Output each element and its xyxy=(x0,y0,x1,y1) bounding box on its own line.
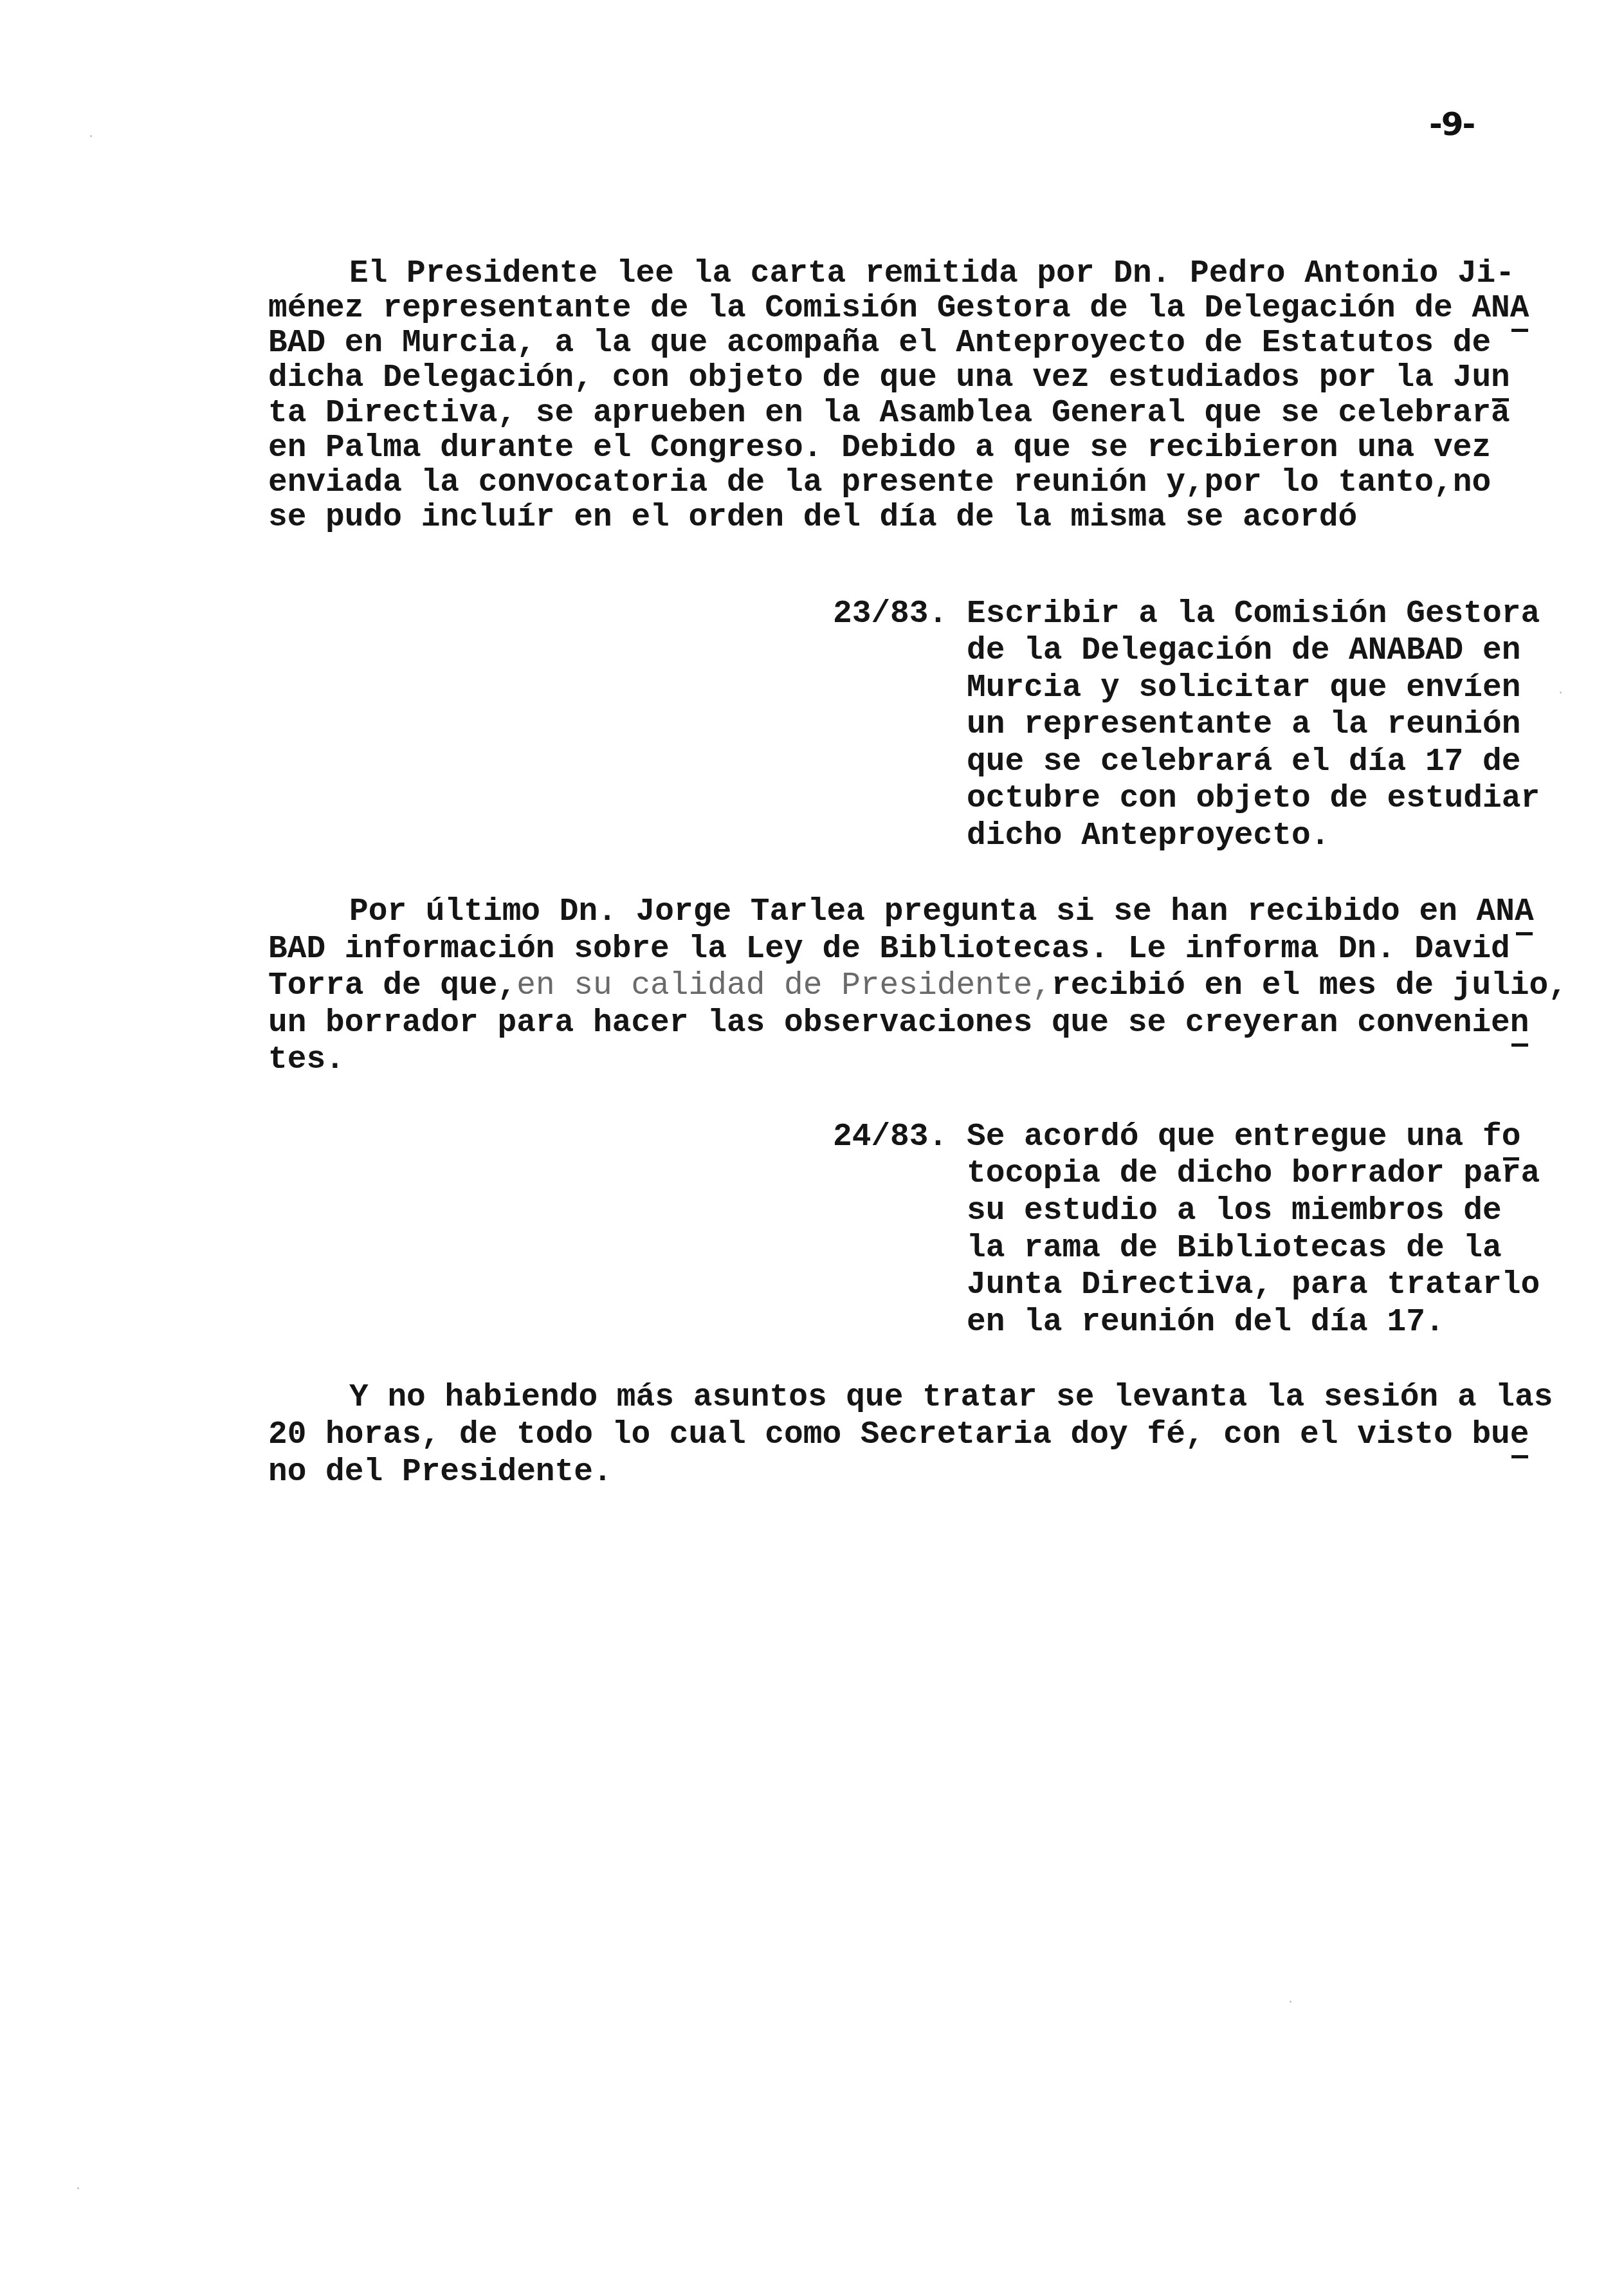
text-line: no del Presidente. xyxy=(268,1456,612,1488)
text-segment: Torra de que, xyxy=(268,968,516,1004)
text-line: ménez representante de la Comisión Gesto… xyxy=(268,292,1529,324)
text-line: en Palma durante el Congreso. Debido a q… xyxy=(268,432,1491,464)
text-line: BAD información sobre la Ley de Bibliote… xyxy=(268,933,1510,965)
text-line: un borrador para hacer las observaciones… xyxy=(268,1007,1529,1039)
text-line: tes. xyxy=(268,1043,345,1076)
agreement-number: 24/83. xyxy=(833,1121,947,1153)
text-line: un representante a la reunión xyxy=(967,708,1520,740)
text-line: Por último Dn. Jorge Tarlea pregunta si … xyxy=(349,895,1534,928)
document-page: -9- El Presidente lee la carta remitida … xyxy=(0,0,1624,2276)
page-number: -9- xyxy=(1429,108,1474,140)
text-line: BAD en Murcia, a la que acompaña el Ante… xyxy=(268,327,1491,359)
underline-mark: A xyxy=(1515,895,1534,928)
text-line: Y no habiendo más asuntos que tratar se … xyxy=(349,1381,1553,1413)
text-line: que se celebrará el día 17 de xyxy=(967,746,1520,778)
underline-mark: o xyxy=(1502,1121,1521,1153)
text-segment: Por último Dn. Jorge Tarlea pregunta si … xyxy=(349,894,1515,930)
text-line: Junta Directiva, para tratarlo xyxy=(967,1269,1540,1301)
text-line: la rama de Bibliotecas de la xyxy=(967,1232,1502,1264)
underline-mark: e xyxy=(1510,1418,1529,1451)
text-line: dicho Anteproyecto. xyxy=(967,820,1329,852)
text-segment: ménez representante de la Comisión Gesto… xyxy=(268,290,1510,326)
text-line: en la reunión del día 17. xyxy=(967,1306,1445,1338)
text-segment: recibió en el mes de julio, xyxy=(1052,968,1567,1004)
text-line: de la Delegación de ANABAD en xyxy=(967,634,1520,666)
text-line: dicha Delegación, con objeto de que una … xyxy=(268,362,1510,394)
agreement-number: 23/83. xyxy=(833,598,947,630)
text-line: enviada la convocatoria de la presente r… xyxy=(268,466,1491,499)
text-line: Escribir a la Comisión Gestora xyxy=(967,598,1540,630)
underline-mark: A xyxy=(1510,292,1529,324)
scan-speck xyxy=(1560,692,1562,693)
text-line: El Presidente lee la carta remitida por … xyxy=(349,257,1515,289)
text-line: ta Directiva, se aprueben en la Asamblea… xyxy=(268,397,1510,429)
text-line: tocopia de dicho borrador para xyxy=(967,1157,1540,1189)
text-line: su estudio a los miembros de xyxy=(967,1195,1502,1227)
underline-mark: n xyxy=(1510,1007,1529,1039)
text-line: se pudo incluír en el orden del día de l… xyxy=(268,501,1357,533)
scan-speck xyxy=(90,135,92,137)
text-segment: 20 horas, de todo lo cual como Secretari… xyxy=(268,1417,1510,1453)
underline-mark: n xyxy=(1491,362,1510,394)
scan-speck xyxy=(77,2187,79,2189)
scan-speck xyxy=(1290,2001,1291,2003)
faint-text-segment: en su calidad de Presidente, xyxy=(516,968,1052,1004)
text-line: octubre con objeto de estudiar xyxy=(967,782,1540,814)
text-segment: Se acordó que entregue una f xyxy=(967,1119,1502,1155)
text-line: Murcia y solicitar que envíen xyxy=(967,672,1520,704)
text-line: 20 horas, de todo lo cual como Secretari… xyxy=(268,1418,1529,1451)
text-segment: dicha Delegación, con objeto de que una … xyxy=(268,360,1491,396)
text-line: Se acordó que entregue una fo xyxy=(967,1121,1520,1153)
text-line: Torra de que,en su calidad de Presidente… xyxy=(268,969,1567,1002)
text-segment: un borrador para hacer las observaciones… xyxy=(268,1005,1510,1041)
